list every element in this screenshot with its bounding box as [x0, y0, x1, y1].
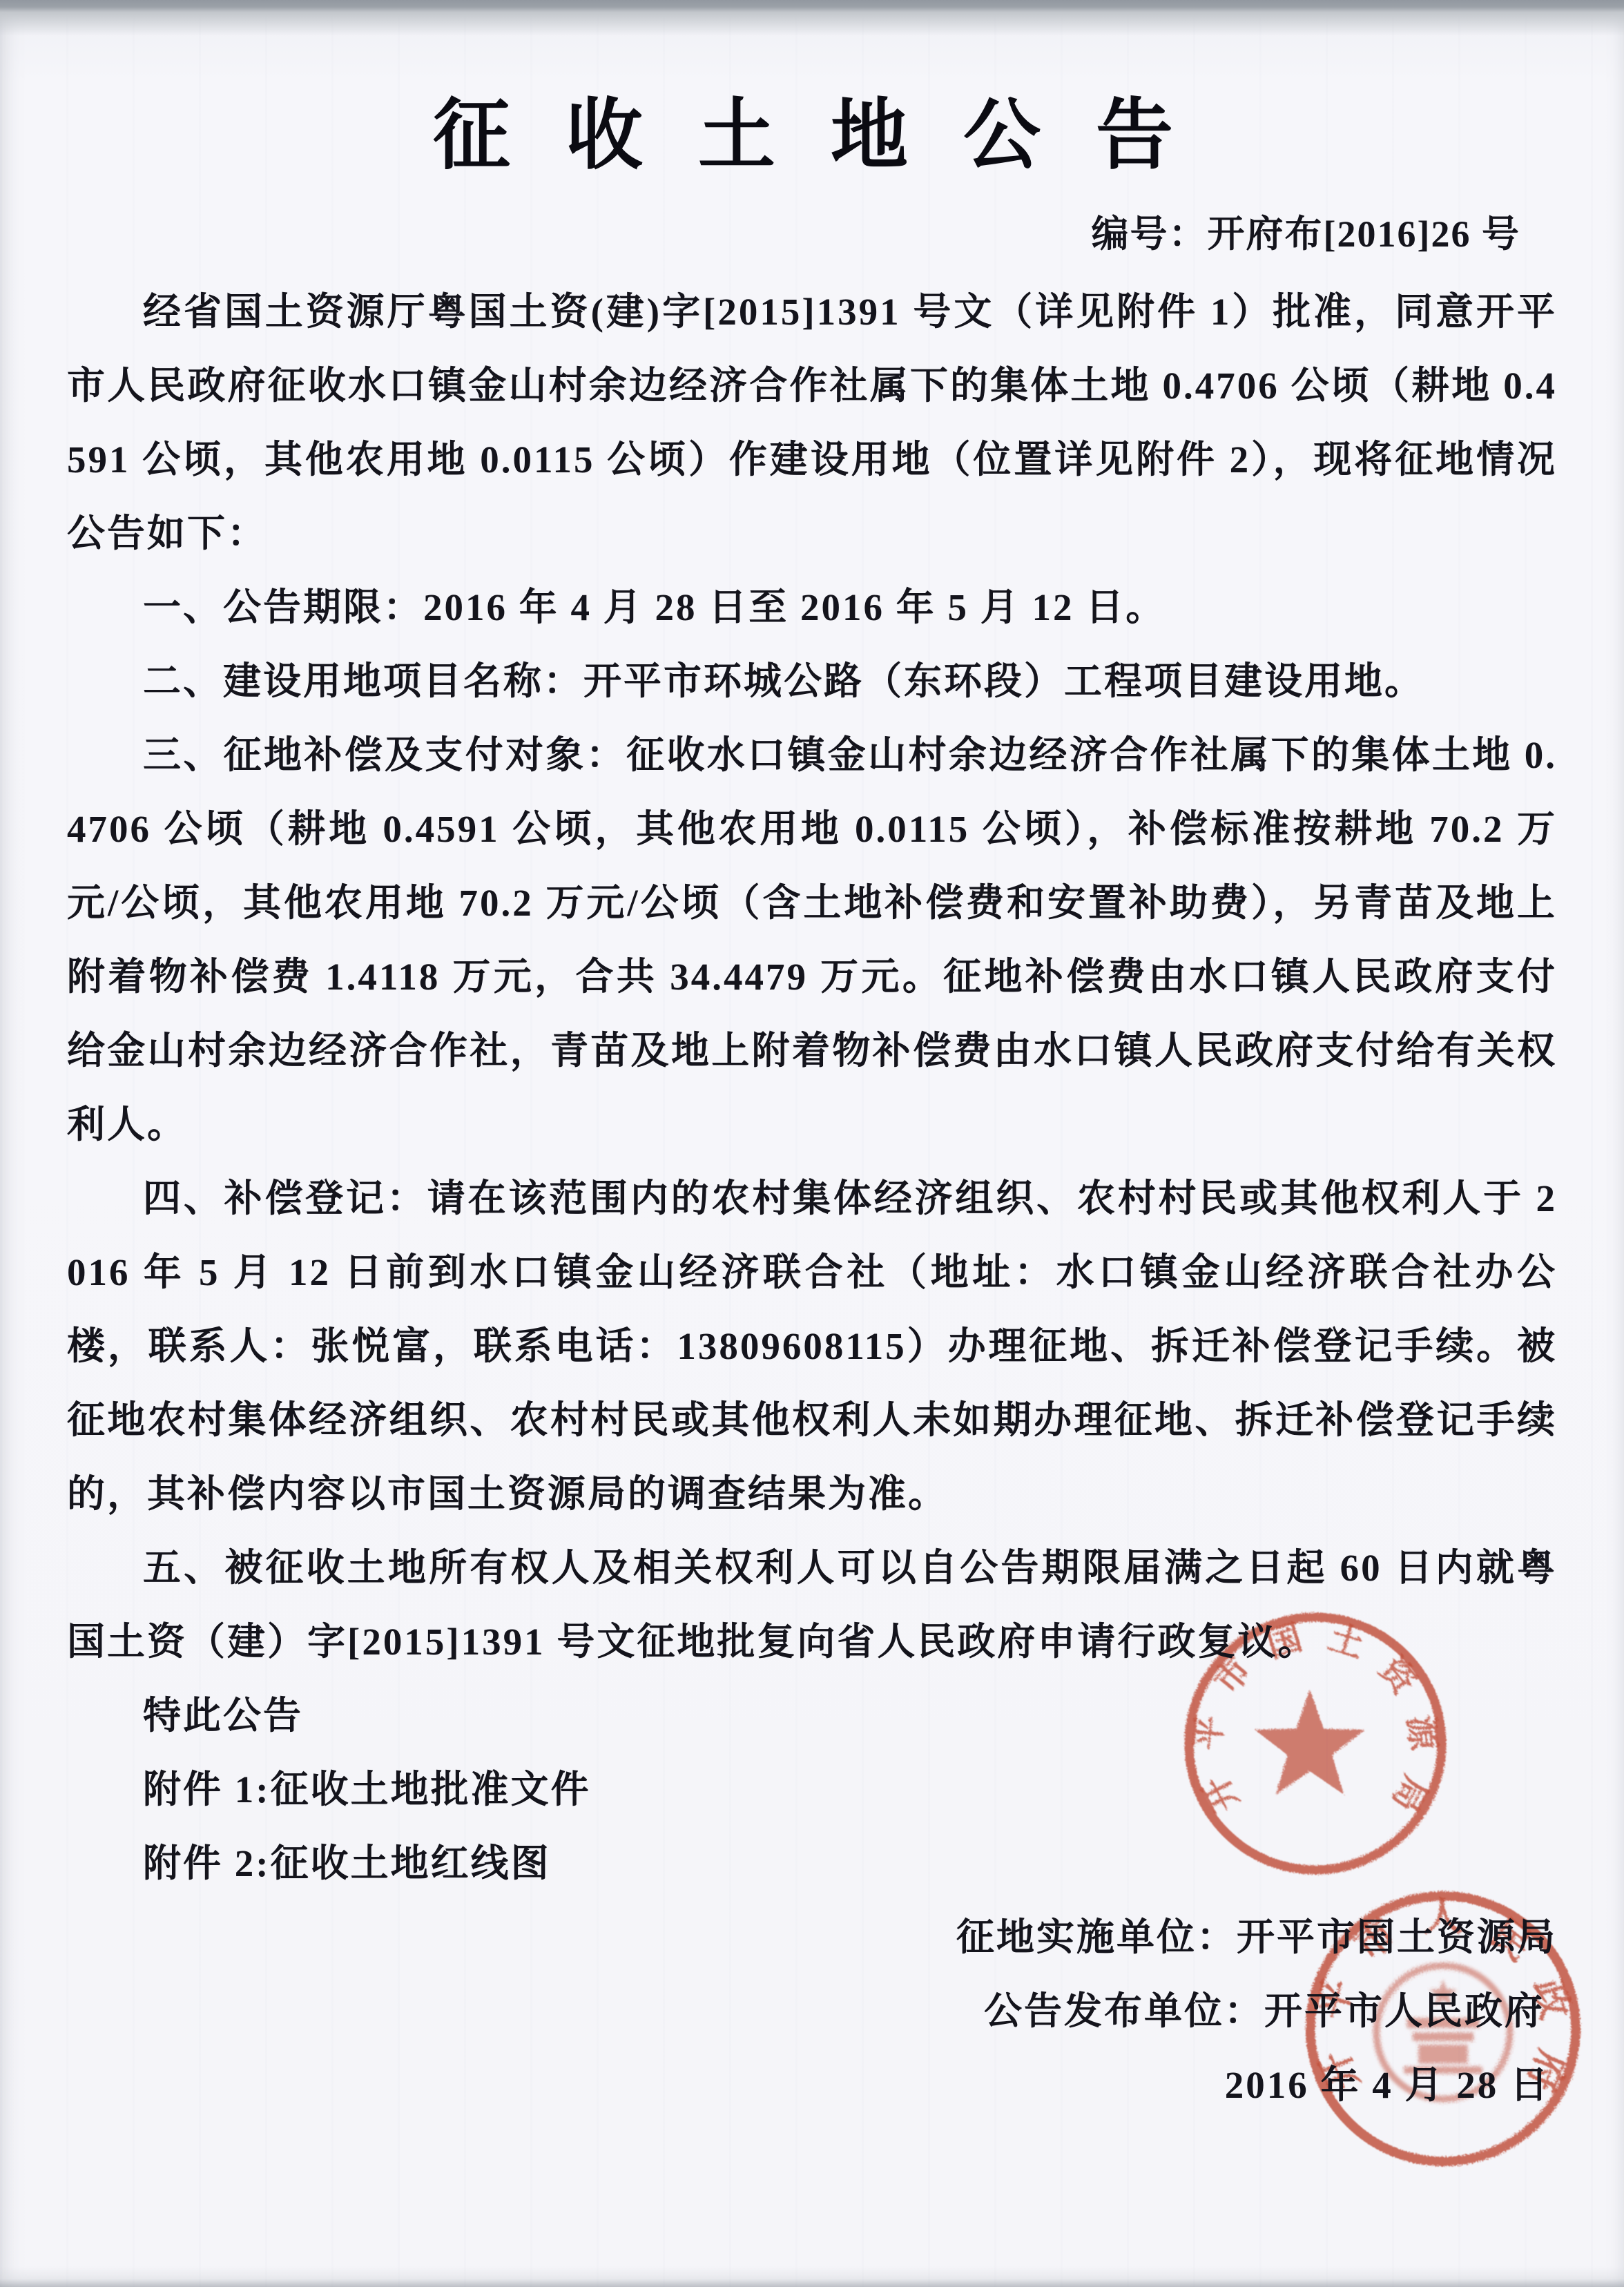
closing-line: 特此公告 [67, 1679, 1557, 1753]
document-body: 经省国土资源厅粤国土资(建)字[2015]1391 号文（详见附件 1）批准，同… [0, 275, 1624, 2122]
paragraph-intro: 经省国土资源厅粤国土资(建)字[2015]1391 号文（详见附件 1）批准，同… [67, 275, 1557, 570]
attachment-1: 附件 1:征收土地批准文件 [67, 1753, 1557, 1826]
attachment-2: 附件 2:征收土地红线图 [67, 1826, 1557, 1900]
paragraph-item-5: 五、被征收土地所有权人及相关权利人可以自公告期限届满之日起 60 日内就粤国土资… [67, 1531, 1557, 1679]
paragraph-item-3: 三、征地补偿及支付对象：征收水口镇金山村余边经济合作社属下的集体土地 0.470… [67, 718, 1557, 1161]
paragraph-item-2: 二、建设用地项目名称：开平市环城公路（东环段）工程项目建设用地。 [67, 644, 1557, 718]
issuing-unit-line: 公告发布单位：开平市人民政府 [67, 1974, 1557, 2048]
announcement-page: 征 收 土 地 公 告 编号：开府布[2016]26 号 经省国土资源厅粤国土资… [0, 0, 1624, 2287]
doc-number: 编号：开府布[2016]26 号 [0, 213, 1624, 255]
issue-date: 2016 年 4 月 28 日 [67, 2048, 1557, 2122]
scanner-edge-top [0, 0, 1624, 44]
paragraph-item-4: 四、补偿登记：请在该范围内的农村集体经济组织、农村村民或其他权利人于 2016 … [67, 1161, 1557, 1531]
implementing-unit-line: 征地实施单位：开平市国土资源局 [67, 1900, 1557, 1974]
scanner-edge-bottom [0, 2266, 1624, 2287]
paragraph-item-1: 一、公告期限：2016 年 4 月 28 日至 2016 年 5 月 12 日。 [67, 570, 1557, 644]
